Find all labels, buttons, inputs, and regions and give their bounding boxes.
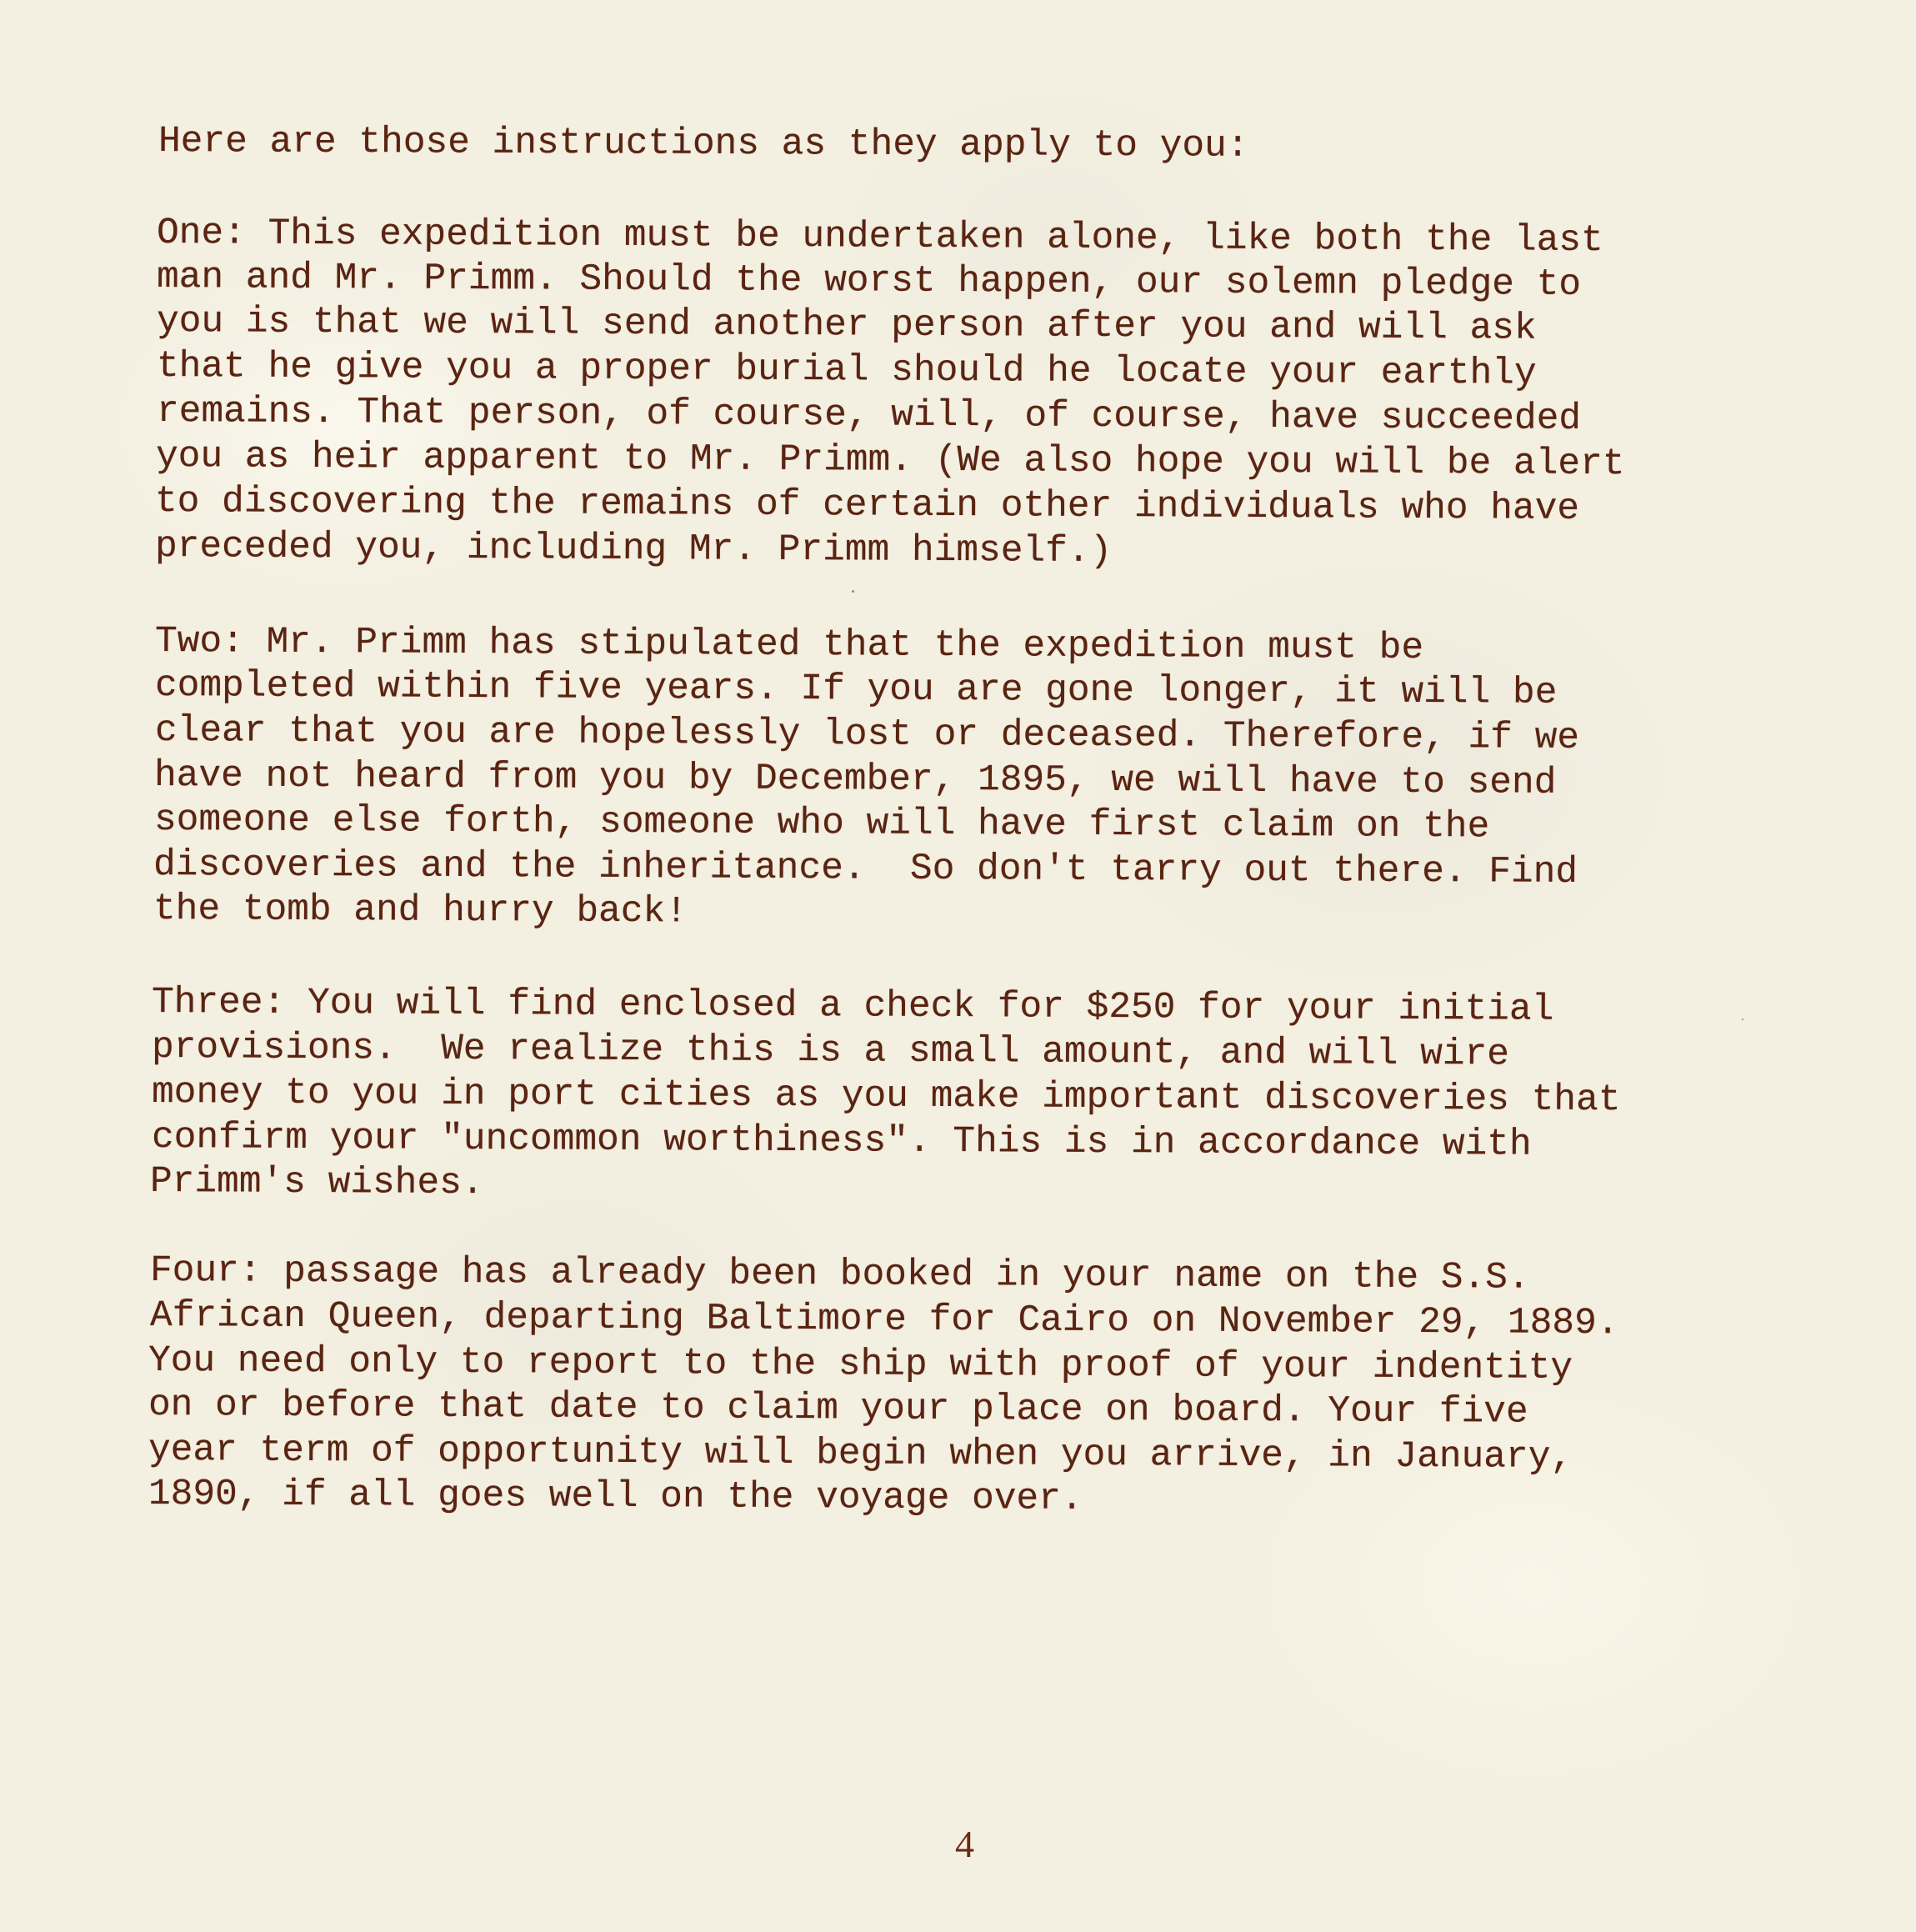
paragraph-line: Four: passage has already been booked in… bbox=[150, 1253, 1530, 1297]
paragraph-line: Two: Mr. Primm has stipulated that the e… bbox=[155, 623, 1423, 667]
paragraph-line: you is that we will send another person … bbox=[157, 303, 1537, 348]
paragraph-line: 1890, if all goes well on the voyage ove… bbox=[148, 1476, 1083, 1518]
paragraph-line: year term of opportunity will begin when… bbox=[148, 1432, 1573, 1476]
paragraph-line: African Queen, departing Baltimore for C… bbox=[150, 1298, 1619, 1343]
ink-speck bbox=[852, 590, 854, 593]
paragraph-line: confirm your "uncommon worthiness". This… bbox=[152, 1119, 1532, 1164]
paragraph-line: that he give you a proper burial should … bbox=[157, 348, 1537, 393]
paragraph-line: preceded you, including Mr. Primm himsel… bbox=[155, 528, 1113, 571]
paragraph-line: Primm's wishes. bbox=[150, 1164, 484, 1203]
intro-line: Here are those instructions as they appl… bbox=[158, 123, 1249, 165]
paragraph-line: discoveries and the inheritance. So don'… bbox=[153, 847, 1578, 891]
paragraph-line: remains. That person, of course, will, o… bbox=[157, 393, 1581, 438]
paragraph-line: completed within five years. If you are … bbox=[155, 668, 1558, 712]
paragraph-line: the tomb and hurry back! bbox=[153, 891, 688, 931]
paragraph-line: Three: You will find enclosed a check fo… bbox=[152, 984, 1554, 1029]
paragraph-line: someone else forth, someone who will hav… bbox=[154, 802, 1489, 846]
ink-speck bbox=[1742, 1019, 1743, 1020]
paragraph-line: on or before that date to claim your pla… bbox=[148, 1387, 1528, 1431]
page-number: 4 bbox=[955, 1825, 974, 1864]
paragraph-line: You need only to report to the ship with… bbox=[148, 1343, 1573, 1387]
paragraph-line: to discovering the remains of certain ot… bbox=[155, 483, 1579, 528]
paragraph-line: money to you in port cities as you make … bbox=[152, 1074, 1621, 1119]
paragraph-line: man and Mr. Primm. Should the worst happ… bbox=[157, 259, 1581, 303]
paragraph-line: One: This expedition must be undertaken … bbox=[157, 215, 1603, 260]
paragraph-line: you as heir apparent to Mr. Primm. (We a… bbox=[156, 438, 1625, 483]
paragraph-line: have not heard from you by December, 189… bbox=[154, 758, 1557, 802]
paragraph-line: clear that you are hopelessly lost or de… bbox=[155, 713, 1579, 757]
document-page: Here are those instructions as they appl… bbox=[0, 0, 1916, 1932]
paragraph-line: provisions. We realize this is a small a… bbox=[152, 1029, 1509, 1074]
